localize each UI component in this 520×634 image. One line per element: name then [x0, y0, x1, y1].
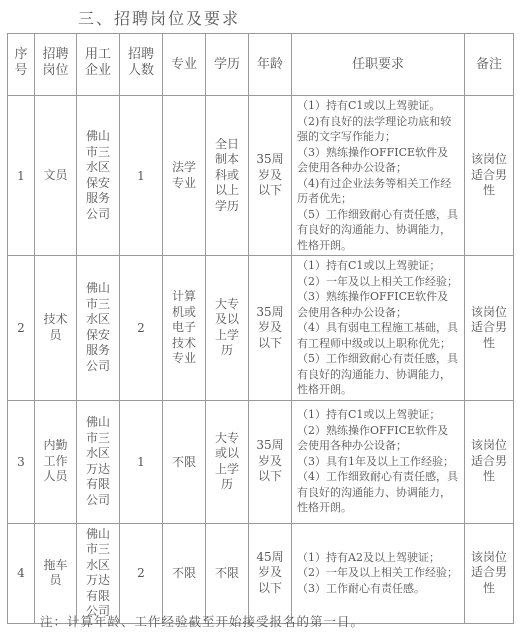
requirement-item: （1）持有C1或以上驾驶证；: [297, 407, 459, 423]
cell-remarks: 该岗位适合男性: [465, 256, 514, 401]
cell-remarks: 该岗位适合男性: [465, 400, 514, 523]
cell-employer: 佛山市三水区万达有限公司: [77, 523, 120, 623]
cell-count: 2: [120, 523, 163, 623]
header-requirements: 任职要求: [292, 34, 465, 96]
cell-remarks: 该岗位适合男性: [465, 96, 514, 256]
table-row: 2 技术员 佛山市三水区保安服务公司 2 计算机或电子技术专业 大专及以上学历 …: [8, 256, 514, 401]
requirement-item: （2）熟练操作OFFICE软件及会使用各种办公设备；: [297, 423, 459, 454]
header-position: 招聘岗位: [35, 34, 77, 96]
cell-position: 拖车员: [35, 523, 77, 623]
cell-major: 法学专业: [163, 96, 206, 256]
requirement-item: （3）熟练操作OFFICE软件及会使用各种办公设备；: [297, 145, 459, 176]
cell-employer: 佛山市三水区保安服务公司: [77, 96, 120, 256]
cell-count: 1: [120, 400, 163, 523]
cell-employer: 佛山市三水区万达有限公司: [77, 400, 120, 523]
cell-position: 文员: [35, 96, 77, 256]
requirement-item: （3）具有1年及以上工作经验；: [297, 454, 459, 470]
cell-position: 技术员: [35, 256, 77, 401]
requirement-item: （2)有良好的法学理论功底和较强的文字写作能力；: [297, 114, 459, 145]
cell-seq: 2: [8, 256, 35, 401]
cell-education: 全日制本科或以上学历: [206, 96, 249, 256]
requirement-item: （1）持有C1或以上驾驶证；: [297, 258, 459, 274]
cell-requirements: （1）持有C1或以上驾驶证。 （2)有良好的法学理论功底和较强的文字写作能力； …: [292, 96, 465, 256]
requirement-item: （5）工作细致耐心有责任感，具有良好的沟通能力、协调能力，性格开朗。: [297, 207, 459, 254]
cell-education: 不限: [206, 523, 249, 623]
table-row: 1 文员 佛山市三水区保安服务公司 1 法学专业 全日制本科或以上学历 35周岁…: [8, 96, 514, 256]
cell-count: 2: [120, 256, 163, 401]
header-count: 招聘人数: [120, 34, 163, 96]
cell-remarks: 该岗位适合男性: [465, 523, 514, 623]
cell-seq: 3: [8, 400, 35, 523]
recruitment-table: 序号 招聘岗位 用工企业 招聘人数 专业 学历 年龄 任职要求 备注 1 文员 …: [7, 33, 514, 624]
cell-seq: 1: [8, 96, 35, 256]
header-seq: 序号: [8, 34, 35, 96]
cell-age: 45周岁及以下: [249, 523, 292, 623]
section-title: 三、招聘岗位及要求: [78, 6, 240, 29]
cell-major: 不限: [163, 400, 206, 523]
requirement-item: （3）熟练操作OFFICE软件及会使用各种办公设备；: [297, 289, 459, 320]
table-row: 4 拖车员 佛山市三水区万达有限公司 2 不限 不限 45周岁及以下 （1）持有…: [8, 523, 514, 623]
requirement-item: （1）持有A2及以上驾驶证；: [297, 550, 459, 566]
cell-count: 1: [120, 96, 163, 256]
cell-requirements: （1）持有C1或以上驾驶证； （2）熟练操作OFFICE软件及会使用各种办公设备…: [292, 400, 465, 523]
requirement-item: （2）一年及以上相关工作经验；: [297, 565, 459, 581]
requirement-item: （2）一年及以上相关工作经验；: [297, 274, 459, 290]
requirement-item: （1）持有C1或以上驾驶证。: [297, 98, 459, 114]
requirement-item: （4）具有弱电工程施工基础，具有工程师中级或以上职称优先；: [297, 320, 459, 351]
cell-age: 35周岁及以下: [249, 256, 292, 401]
header-employer: 用工企业: [77, 34, 120, 96]
header-age: 年龄: [249, 34, 292, 96]
cell-requirements: （1）持有C1或以上驾驶证； （2）一年及以上相关工作经验； （3）熟练操作OF…: [292, 256, 465, 401]
header-remarks: 备注: [465, 34, 514, 96]
cell-employer: 佛山市三水区保安服务公司: [77, 256, 120, 401]
header-education: 学历: [206, 34, 249, 96]
cell-major: 计算机或电子技术专业: [163, 256, 206, 401]
cell-age: 35周岁及以下: [249, 96, 292, 256]
table-row: 3 内勤工作人员 佛山市三水区万达有限公司 1 不限 大专或以上学历 35周岁及…: [8, 400, 514, 523]
requirement-item: （3）工作耐心有责任感。: [297, 581, 459, 597]
cell-age: 35周岁及以下: [249, 400, 292, 523]
cell-education: 大专及以上学历: [206, 256, 249, 401]
cell-position: 内勤工作人员: [35, 400, 77, 523]
footnote: 注：计算年龄、工作经验截至开始接受报名的第一日。: [40, 612, 364, 630]
requirement-item: （5）工作细致耐心有责任感，具有良好的沟通能力、协调能力，性格开朗。: [297, 351, 459, 398]
cell-major: 不限: [163, 523, 206, 623]
header-major: 专业: [163, 34, 206, 96]
requirement-item: （4）工作细致耐心有责任感，具有良好的沟通能力、协调能力，性格开朗。: [297, 469, 459, 516]
cell-requirements: （1）持有A2及以上驾驶证； （2）一年及以上相关工作经验； （3）工作耐心有责…: [292, 523, 465, 623]
header-row: 序号 招聘岗位 用工企业 招聘人数 专业 学历 年龄 任职要求 备注: [8, 34, 514, 96]
cell-seq: 4: [8, 523, 35, 623]
cell-education: 大专或以上学历: [206, 400, 249, 523]
requirement-item: （4)有过企业法务等相关工作经历者优先；: [297, 176, 459, 207]
